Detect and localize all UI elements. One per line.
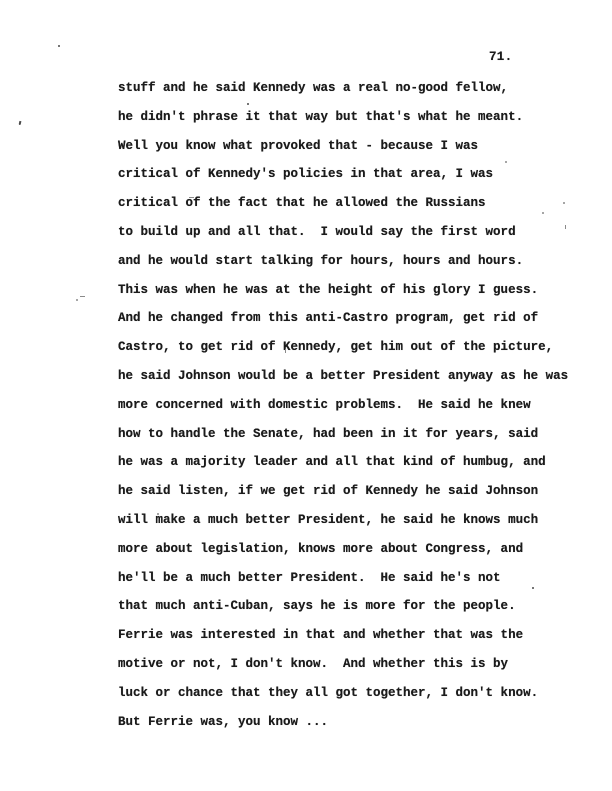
text-line: more about legislation, knows more about…	[118, 535, 598, 564]
scan-speck	[189, 197, 194, 198]
scan-speck	[58, 45, 60, 47]
text-line: more concerned with domestic problems. H…	[118, 391, 598, 420]
text-line: and he would start talking for hours, ho…	[118, 247, 598, 276]
text-line: But Ferrie was, you know ...	[118, 708, 598, 737]
text-line: Ferrie was interested in that and whethe…	[118, 621, 598, 650]
text-line: And he changed from this anti-Castro pro…	[118, 304, 598, 333]
text-line: luck or chance that they all got togethe…	[118, 679, 598, 708]
document-page: 71. stuff and he said Kennedy was a real…	[0, 0, 612, 791]
scan-speck	[565, 225, 566, 229]
scan-speck	[563, 202, 565, 204]
text-line: how to handle the Senate, had been in it…	[118, 420, 598, 449]
text-line: he said listen, if we get rid of Kennedy…	[118, 477, 598, 506]
text-line: critical of the fact that he allowed the…	[118, 189, 598, 218]
text-line: Well you know what provoked that - becau…	[118, 132, 598, 161]
text-line: to build up and all that. I would say th…	[118, 218, 598, 247]
scan-speck	[19, 121, 22, 125]
transcript-text: stuff and he said Kennedy was a real no-…	[118, 74, 598, 736]
scan-speck	[247, 103, 249, 105]
text-line: This was when he was at the height of hi…	[118, 276, 598, 305]
text-line: he said Johnson would be a better Presid…	[118, 362, 598, 391]
scan-speck	[542, 212, 544, 214]
scan-speck	[285, 349, 286, 353]
text-line: Castro, to get rid of Kennedy, get him o…	[118, 333, 598, 362]
text-line: he'll be a much better President. He sai…	[118, 564, 598, 593]
text-line: stuff and he said Kennedy was a real no-…	[118, 74, 598, 103]
text-line: critical of Kennedy's policies in that a…	[118, 160, 598, 189]
page-number: 71.	[489, 50, 512, 64]
scan-speck	[80, 296, 85, 297]
text-line: motive or not, I don't know. And whether…	[118, 650, 598, 679]
text-line: that much anti-Cuban, says he is more fo…	[118, 592, 598, 621]
text-line: he didn't phrase it that way but that's …	[118, 103, 598, 132]
scan-speck	[532, 587, 534, 589]
text-line: will make a much better President, he sa…	[118, 506, 598, 535]
scan-speck	[157, 513, 159, 515]
text-line: he was a majority leader and all that ki…	[118, 448, 598, 477]
scan-speck	[76, 299, 78, 301]
scan-speck	[505, 161, 507, 163]
